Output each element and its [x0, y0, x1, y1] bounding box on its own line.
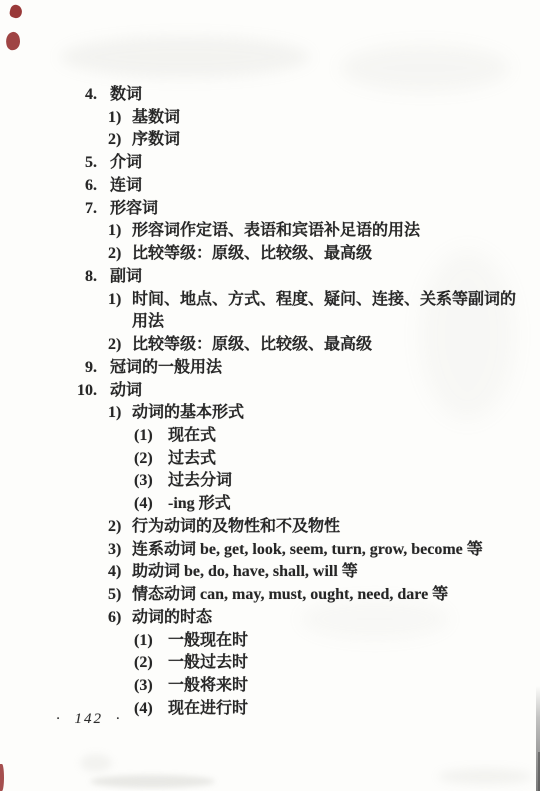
- outline-item: 3)连系动词 be, get, look, seem, turn, grow, …: [0, 539, 540, 562]
- item-text: 行为动词的及物性和不及物性: [132, 518, 340, 535]
- item-number: (1): [134, 425, 168, 448]
- outline-item: 1)动词的基本形式: [0, 402, 540, 425]
- item-text: 形容词: [110, 200, 158, 217]
- bottom-scan-smear: [90, 775, 215, 788]
- item-number: 2): [108, 243, 132, 266]
- item-text: 连词: [110, 177, 142, 194]
- item-text: 形容词作定语、表语和宾语补足语的用法: [132, 222, 420, 239]
- red-ink-mark: [5, 31, 22, 51]
- outline-item: (2)一般过去时: [0, 652, 540, 675]
- item-text: 现在进行时: [168, 700, 248, 717]
- outline-item: 1)形容词作定语、表语和宾语补足语的用法: [0, 220, 540, 243]
- item-number: 5): [108, 584, 132, 607]
- item-number: 10.: [77, 380, 110, 403]
- item-number: 2): [108, 516, 132, 539]
- item-text: 介词: [110, 154, 142, 171]
- item-number: 8.: [85, 266, 110, 289]
- item-text: 用法: [132, 313, 164, 330]
- item-number: 6.: [85, 175, 110, 198]
- item-text: 一般现在时: [168, 632, 248, 649]
- item-number: 4): [108, 561, 132, 584]
- item-text: 连系动词 be, get, look, seem, turn, grow, be…: [132, 541, 483, 558]
- outline-item: 2)比较等级：原级、比较级、最高级: [0, 334, 540, 357]
- outline-item: (1)一般现在时: [0, 630, 540, 653]
- item-text: 助动词 be, do, have, shall, will 等: [132, 563, 358, 580]
- item-text: 数词: [110, 86, 142, 103]
- item-text: 基数词: [132, 109, 180, 126]
- outline-item: 2)比较等级：原级、比较级、最高级: [0, 243, 540, 266]
- item-number: (2): [134, 448, 168, 471]
- outline-item: 8.副词: [0, 266, 540, 289]
- item-text: 时间、地点、方式、程度、疑问、连接、关系等副词的: [132, 291, 516, 308]
- showthrough-smudge: [60, 36, 310, 78]
- outline-item: 6.连词: [0, 175, 540, 198]
- item-text: 一般过去时: [168, 654, 248, 671]
- item-text: 冠词的一般用法: [110, 359, 222, 376]
- outline-item: (2)过去式: [0, 448, 540, 471]
- item-number: (3): [134, 675, 168, 698]
- item-number: (4): [134, 698, 168, 721]
- item-text: 比较等级：原级、比较级、最高级: [132, 245, 372, 262]
- item-text: 副词: [110, 268, 142, 285]
- item-number: 1): [108, 107, 132, 130]
- outline-item: 6)动词的时态: [0, 607, 540, 630]
- outline-item: 2)序数词: [0, 129, 540, 152]
- item-number: 7.: [85, 198, 110, 221]
- outline-item: (1)现在式: [0, 425, 540, 448]
- item-text: 比较等级：原级、比较级、最高级: [132, 336, 372, 353]
- item-number: 2): [108, 129, 132, 152]
- item-number: (1): [134, 630, 168, 653]
- outline-item: 2)行为动词的及物性和不及物性: [0, 516, 540, 539]
- item-number: (4): [134, 493, 168, 516]
- item-text: -ing 形式: [168, 495, 231, 512]
- item-text: 现在式: [168, 427, 216, 444]
- item-number: 1): [108, 220, 132, 243]
- bottom-scan-smear: [80, 754, 112, 772]
- item-number: (3): [134, 470, 168, 493]
- outline-item: 9.冠词的一般用法: [0, 357, 540, 380]
- outline-item: 4.数词: [0, 84, 540, 107]
- item-number: 9.: [85, 357, 110, 380]
- item-text: 动词: [110, 382, 142, 399]
- outline-item: 5)情态动词 can, may, must, ought, need, dare…: [0, 584, 540, 607]
- item-number: 5.: [85, 152, 110, 175]
- outline-item: 5.介词: [0, 152, 540, 175]
- outline-item: 7.形容词: [0, 198, 540, 221]
- item-number: 1): [108, 402, 132, 425]
- bottom-scan-smear: [438, 769, 533, 784]
- page-number: · 142 ·: [56, 711, 122, 728]
- red-ink-mark: [9, 4, 24, 20]
- item-number: (2): [134, 652, 168, 675]
- scanned-page: 4.数词1)基数词2)序数词5.介词6.连词7.形容词1)形容词作定语、表语和宾…: [0, 0, 540, 791]
- outline-item: 10.动词: [0, 380, 540, 403]
- item-number: 1): [108, 289, 132, 312]
- outline-item: (4)-ing 形式: [0, 493, 540, 516]
- outline-item: 1)基数词: [0, 107, 540, 130]
- item-text: 序数词: [132, 131, 180, 148]
- outline-item: 4)助动词 be, do, have, shall, will 等: [0, 561, 540, 584]
- item-text: 过去式: [168, 450, 216, 467]
- red-ink-mark: [0, 764, 4, 791]
- item-number: 3): [108, 539, 132, 562]
- item-number: 6): [108, 607, 132, 630]
- item-text: 动词的基本形式: [132, 404, 244, 421]
- item-text: 过去分词: [168, 472, 232, 489]
- item-text: 动词的时态: [132, 609, 212, 626]
- item-text: 一般将来时: [168, 677, 248, 694]
- outline-item: 用法: [0, 311, 540, 334]
- outline-list: 4.数词1)基数词2)序数词5.介词6.连词7.形容词1)形容词作定语、表语和宾…: [0, 84, 540, 721]
- item-number: 4.: [85, 84, 110, 107]
- outline-item: 1)时间、地点、方式、程度、疑问、连接、关系等副词的: [0, 289, 540, 312]
- outline-item: (3)过去分词: [0, 470, 540, 493]
- item-number: 2): [108, 334, 132, 357]
- item-text: 情态动词 can, may, must, ought, need, dare 等: [132, 586, 448, 603]
- outline-item: (3)一般将来时: [0, 675, 540, 698]
